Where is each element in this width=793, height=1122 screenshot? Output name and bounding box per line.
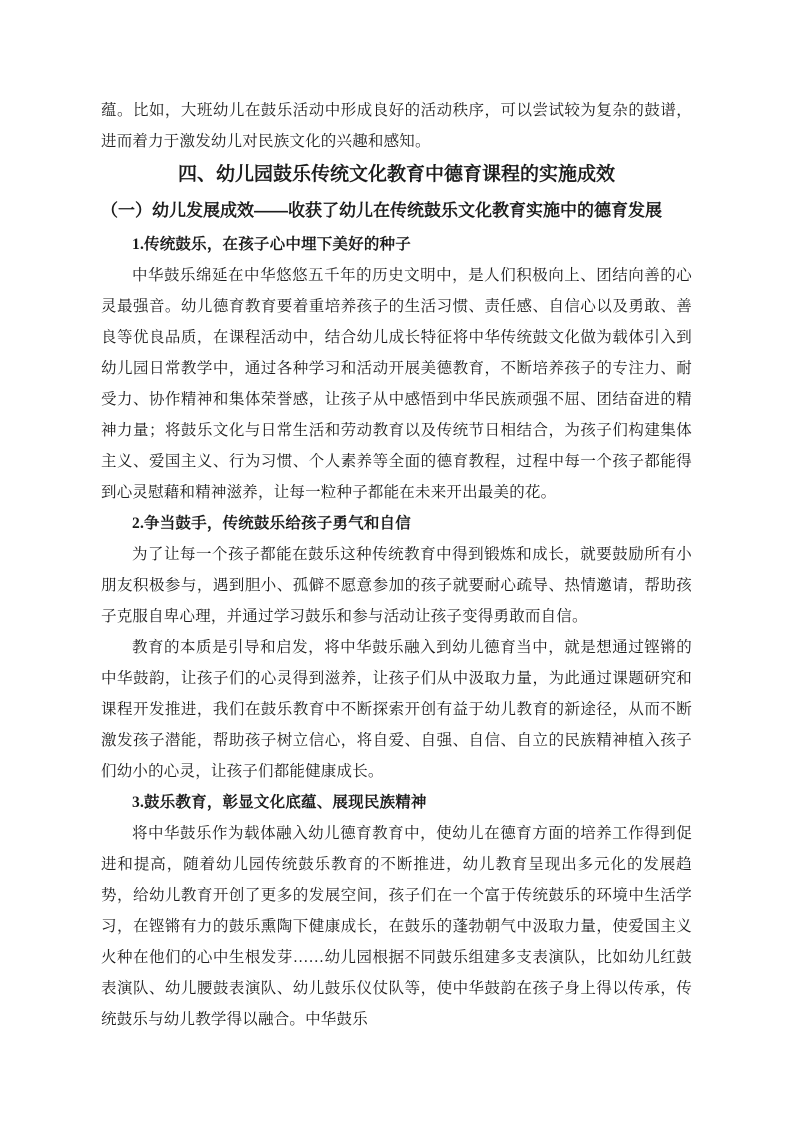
subsection-2-paragraph-2: 教育的本质是引导和启发，将中华鼓乐融入到幼儿德育当中，就是想通过铿锵的中华鼓韵，… bbox=[101, 632, 692, 787]
subsection-2-paragraph-1: 为了让每一个孩子都能在鼓乐这种传统教育中得到锻炼和成长，就要鼓励所有小朋友积极参… bbox=[101, 539, 692, 632]
document-body: 蕴。比如，大班幼儿在鼓乐活动中形成良好的活动秩序，可以尝试较为复杂的鼓谱，进而着… bbox=[101, 95, 692, 1035]
subsection-3-heading: 3.鼓乐教育，彰显文化底蕴、展现民族精神 bbox=[101, 787, 692, 818]
section-heading: 四、幼儿园鼓乐传统文化教育中德育课程的实施成效 bbox=[101, 157, 692, 193]
subsection-1-heading: 1.传统鼓乐，在孩子心中埋下美好的种子 bbox=[101, 229, 692, 260]
subsection-3-paragraph-1: 将中华鼓乐作为载体融入幼儿德育教育中，使幼儿在德育方面的培养工作得到促进和提高，… bbox=[101, 818, 692, 1035]
leading-paragraph: 蕴。比如，大班幼儿在鼓乐活动中形成良好的活动秩序，可以尝试较为复杂的鼓谱，进而着… bbox=[101, 95, 692, 157]
subsection-1-paragraph-1: 中华鼓乐绵延在中华悠悠五千年的历史文明中，是人们积极向上、团结向善的心灵最强音。… bbox=[101, 260, 692, 508]
subsection-2-heading: 2.争当鼓手，传统鼓乐给孩子勇气和自信 bbox=[101, 508, 692, 539]
subsection-heading: （一）幼儿发展成效——收获了幼儿在传统鼓乐文化教育实施中的德育发展 bbox=[101, 193, 692, 229]
document-page: 蕴。比如，大班幼儿在鼓乐活动中形成良好的活动秩序，可以尝试较为复杂的鼓谱，进而着… bbox=[0, 0, 793, 1122]
